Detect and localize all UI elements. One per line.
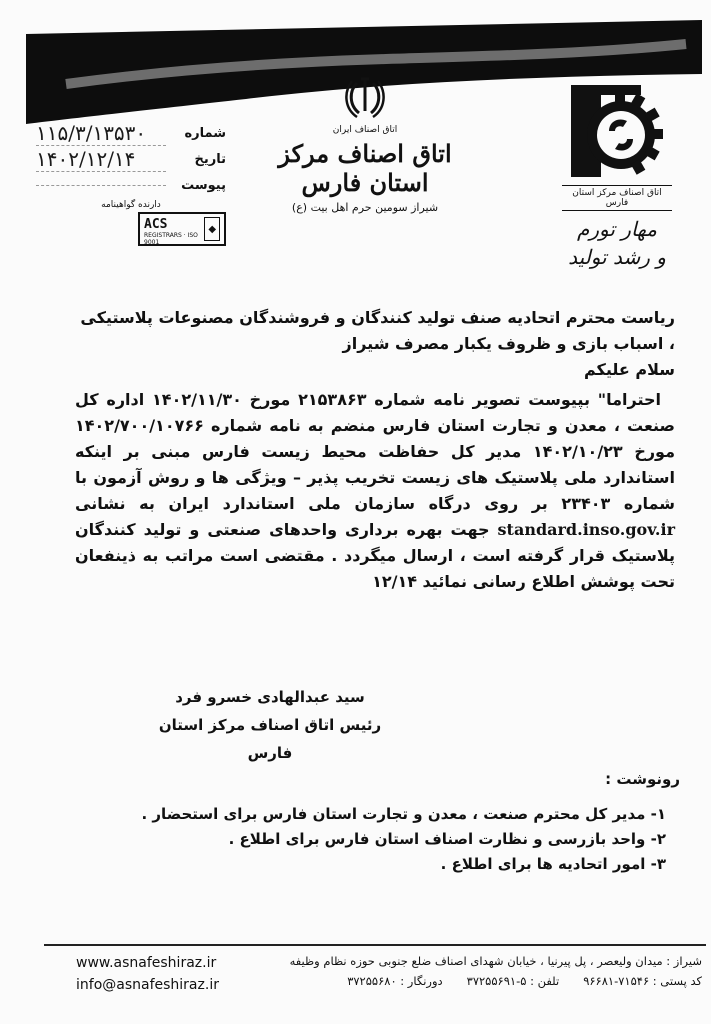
footer-numbers: کد پستی : ۷۱۵۴۶-۹۶۶۸۱ تلفن : ۵-۳۷۲۵۵۶۹۱ … (232, 971, 702, 991)
certification-label: دارنده گواهینامه (36, 200, 226, 210)
iran-emblem-icon (345, 75, 385, 119)
emblem-caption: اتاق اصناف ایران (250, 125, 480, 135)
acs-logo: ACS (144, 217, 167, 232)
signer-name: سید عبدالهادی خسرو فرد (140, 683, 400, 711)
organization-name: اتاق اصناف مرکز استان فارس (250, 139, 480, 197)
meta-attachment: پیوست (36, 172, 226, 198)
greeting: سلام علیکم (75, 357, 675, 383)
footer-contact-web: www.asnafeshiraz.ir info@asnafeshiraz.ir (76, 952, 219, 996)
cc-item: ۳- امور اتحادیه ها برای اطلاع . (100, 852, 666, 877)
address-line: شیراز : میدان ولیعصر ، پل پیرنیا ، خیابا… (232, 951, 702, 971)
fax-number: دورنگار : ۳۷۲۵۵۶۸۰ (347, 971, 442, 991)
letter-attachment-value (36, 185, 166, 186)
letter-number-value: ۱۱۵/۳/۱۳۵۳۰ (36, 121, 166, 146)
certification-mark-icon: ◆ (204, 217, 220, 241)
slogan: مهار تورم و رشد تولید (562, 215, 672, 271)
website-link[interactable]: www.asnafeshiraz.ir (76, 952, 219, 974)
footer-address: شیراز : میدان ولیعصر ، پل پیرنیا ، خیابا… (232, 951, 702, 991)
signature-block: سید عبدالهادی خسرو فرد رئیس اتاق اصناف م… (140, 683, 400, 767)
recipient: ریاست محترم اتحادیه صنف تولید کنندگان و … (75, 305, 675, 357)
iso-certification-badge: ACS REGISTRARS · ISO 9001 ◆ (138, 212, 226, 246)
cc-title: رونوشت : (100, 770, 680, 788)
cc-item: ۱- مدیر کل محترم صنعت ، معدن و تجارت است… (100, 802, 666, 827)
standard-portal-url: standard.inso.gov.ir (498, 520, 675, 539)
email-link[interactable]: info@asnafeshiraz.ir (76, 974, 219, 996)
letter-date-value: ۱۴۰۲/۱۲/۱۴ (36, 147, 166, 172)
main-paragraph: احتراما" بپیوست تصویر نامه شماره ۲۱۵۳۸۶۳… (75, 387, 675, 595)
logo-caption: اتاق اصناف مرکز استان فارس (562, 185, 672, 211)
letter-meta: شماره ۱۱۵/۳/۱۳۵۳۰ تاریخ ۱۴۰۲/۱۲/۱۴ پیوست… (36, 120, 226, 230)
slogan-line-2: و رشد تولید (562, 243, 672, 271)
cc-item: ۲- واحد بازرسی و نظارت اصناف استان فارس … (100, 827, 666, 852)
slogan-line-1: مهار تورم (562, 215, 672, 243)
meta-number: شماره ۱۱۵/۳/۱۳۵۳۰ (36, 120, 226, 146)
meta-date: تاریخ ۱۴۰۲/۱۲/۱۴ (36, 146, 226, 172)
signer-title: رئیس اتاق اصناف مرکز استان فارس (140, 711, 400, 767)
footer-divider (44, 944, 706, 946)
postal-code: کد پستی : ۷۱۵۴۶-۹۶۶۸۱ (583, 971, 702, 991)
letter-page: شماره ۱۱۵/۳/۱۳۵۳۰ تاریخ ۱۴۰۲/۱۲/۱۴ پیوست… (0, 0, 711, 1024)
organization-motto: شیراز سومین حرم اهل بیت (ع) (250, 201, 480, 214)
paragraph-part-1: احتراما" بپیوست تصویر نامه شماره ۲۱۵۳۸۶۳… (75, 390, 675, 513)
letter-body: ریاست محترم اتحادیه صنف تولید کنندگان و … (75, 305, 675, 595)
acs-subtitle: REGISTRARS · ISO 9001 (144, 232, 204, 246)
phone-number: تلفن : ۵-۳۷۲۵۵۶۹۱ (467, 971, 560, 991)
cc-list: رونوشت : ۱- مدیر کل محترم صنعت ، معدن و … (100, 770, 680, 877)
gear-logo-icon (571, 85, 663, 177)
letterhead-center: اتاق اصناف ایران اتاق اصناف مرکز استان ف… (250, 75, 480, 214)
letterhead-logo: اتاق اصناف مرکز استان فارس مهار تورم و ر… (562, 85, 672, 271)
